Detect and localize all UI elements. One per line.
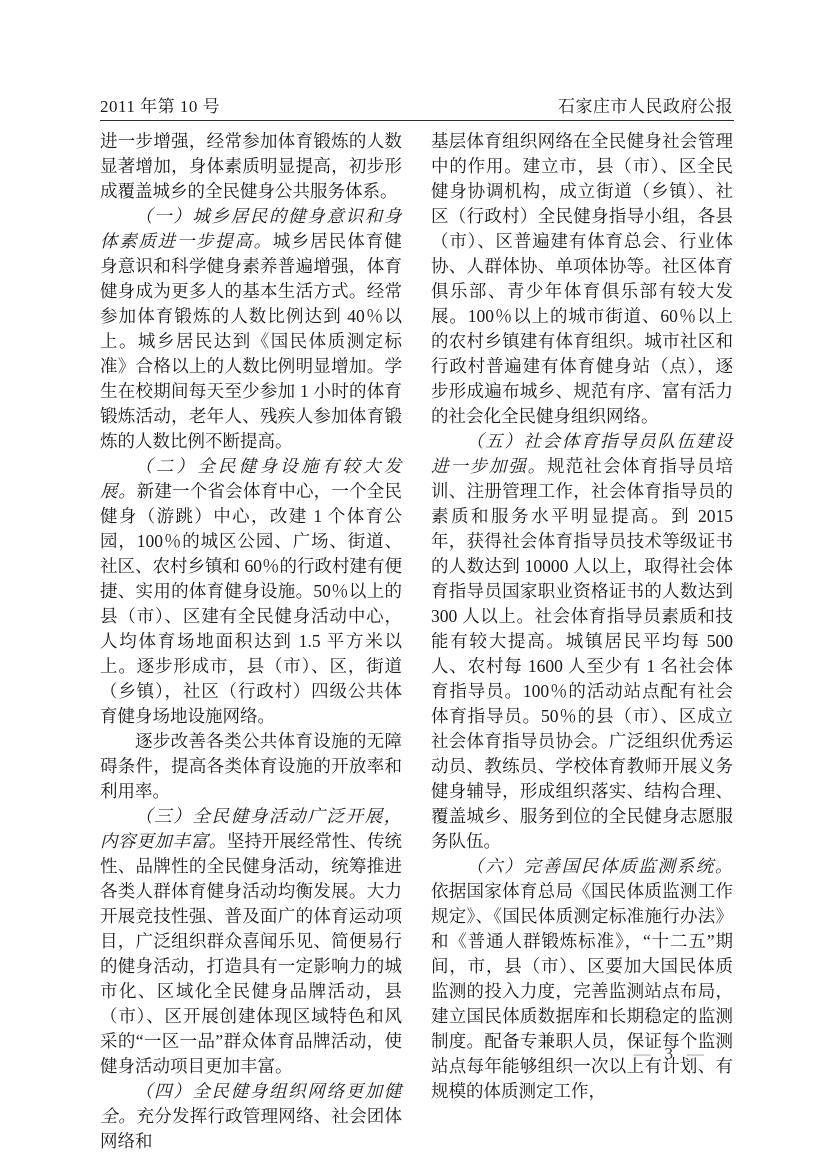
body-text: 基层体育组织网络在全民健身社会管理中的作用。建立市，县（市）、区全民健身协调机构… — [431, 131, 733, 426]
page-number: — 3 — — [634, 1044, 705, 1064]
body-text: 规范社会体育指导员培训、注册管理工作，社会体育指导员的素质和服务水平明显提高。到… — [431, 456, 733, 851]
body-text: 依据国家体育总局《国民体质监测工作规定》、《国民体质测定标准施行办法》和《普通人… — [431, 881, 733, 1101]
body-text: 进一步增强，经常参加体育锻炼的人数显著增加，身体素质明显提高，初步形成覆盖城乡的… — [100, 131, 402, 201]
paragraph: （一）城乡居民的健身意识和身体素质进一步提高。城乡居民体育健身意识和科学健身素养… — [100, 204, 402, 454]
body-text: 坚持开展经常性、传统性、品牌性的全民健身活动，统筹推进各类人群体育健身活动均衡发… — [100, 831, 402, 1076]
paragraph: 逐步改善各类公共体育设施的无障碍条件，提高各类体育设施的开放率和利用率。 — [100, 729, 402, 804]
page-number-dash-right: — — [687, 1044, 704, 1064]
body-text: 城乡居民体育健身意识和科学健身素养普遍增强，体育健身成为更多人的基本生活方式。经… — [100, 231, 402, 451]
issue-number: 2011 年第 10 号 — [100, 92, 220, 117]
body-text: 充分发挥行政管理网络、社会团体网络和 — [100, 1106, 402, 1151]
paragraph: （三）全民健身活动广泛开展，内容更加丰富。坚持开展经常性、传统性、品牌性的全民健… — [100, 804, 402, 1079]
paragraph: 基层体育组织网络在全民健身社会管理中的作用。建立市，县（市）、区全民健身协调机构… — [431, 129, 733, 429]
section-heading: （六）完善国民体质监测系统。 — [466, 856, 733, 876]
body-text: 新建一个省会体育中心，一个全民健身（游跳）中心，改建 1 个体育公园，100％的… — [100, 481, 402, 726]
left-column: 进一步增强，经常参加体育锻炼的人数显著增加，身体素质明显提高，初步形成覆盖城乡的… — [100, 129, 402, 1154]
paragraph: （二）全民健身设施有较大发展。新建一个省会体育中心，一个全民健身（游跳）中心，改… — [100, 454, 402, 729]
gazette-title: 石家庄市人民政府公报 — [558, 92, 733, 117]
page-number-dash-left: — — [634, 1044, 651, 1064]
paragraph: （六）完善国民体质监测系统。依据国家体育总局《国民体质监测工作规定》、《国民体质… — [431, 854, 733, 1104]
body-text: 逐步改善各类公共体育设施的无障碍条件，提高各类体育设施的开放率和利用率。 — [100, 731, 402, 801]
content-columns: 进一步增强，经常参加体育锻炼的人数显著增加，身体素质明显提高，初步形成覆盖城乡的… — [100, 129, 734, 1154]
page-header: 2011 年第 10 号 石家庄市人民政府公报 — [100, 92, 733, 117]
page-number-value: 3 — [665, 1044, 674, 1064]
paragraph: （五）社会体育指导员队伍建设进一步加强。规范社会体育指导员培训、注册管理工作，社… — [431, 429, 733, 854]
header-rule — [100, 120, 734, 121]
paragraph: 进一步增强，经常参加体育锻炼的人数显著增加，身体素质明显提高，初步形成覆盖城乡的… — [100, 129, 402, 204]
paragraph: （四）全民健身组织网络更加健全。充分发挥行政管理网络、社会团体网络和 — [100, 1079, 402, 1154]
right-column: 基层体育组织网络在全民健身社会管理中的作用。建立市，县（市）、区全民健身协调机构… — [431, 129, 733, 1154]
gazette-page: 2011 年第 10 号 石家庄市人民政府公报 进一步增强，经常参加体育锻炼的人… — [0, 0, 826, 1169]
